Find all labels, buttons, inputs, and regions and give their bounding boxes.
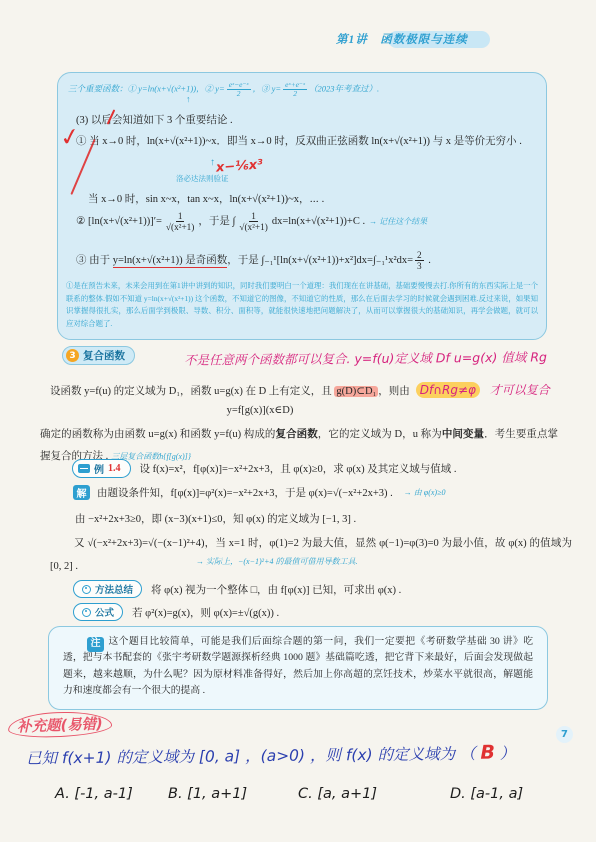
- solution-badge: 解: [73, 485, 90, 500]
- fraction: 23: [415, 250, 424, 271]
- method-icon: [82, 585, 91, 594]
- text-seg: ，则由: [378, 386, 410, 397]
- hw-supplement-title: 补充题(易错): [8, 710, 113, 739]
- solution-row: 解 由题设条件知，f[φ(x)]=φ²(x)=−x²+2x+3，于是 φ(x)=…: [73, 485, 445, 500]
- formula-seg: ，于是 ∫: [198, 216, 235, 227]
- text-seg: 确定的函数称为由函数 u=g(x) 和函数 y=f(u) 构成的: [40, 429, 276, 440]
- example-badge: 例 1.4: [72, 459, 131, 478]
- fraction: 1√(x²+1): [237, 211, 269, 232]
- important-results-box: 三个重要函数：① y=ln(x+√(x²+1))，② y=eˣ−e⁻ˣ2，③ y…: [57, 72, 547, 340]
- box-footnote: ①是在预告未来，未来会用到在第1讲中讲到的知识，同时我们要明白一个道理：我们现在…: [66, 280, 538, 330]
- formula-seg: ③ 由于: [76, 255, 113, 266]
- method-summary-row: 方法总结 将 φ(x) 视为一个整体 □，由 f[φ(x)] 已知，可求出 φ(…: [73, 580, 401, 598]
- formula-tip-text: 若 φ²(x)=g(x)，则 φ(x)=±√(g(x)) .: [132, 605, 279, 620]
- composition-definition-line: 设函数 y=f(u) 的定义域为 D₁，函数 u=g(x) 在 D 上有定义，且…: [50, 381, 562, 398]
- result-item-2: ② [ln(x+√(x²+1))]′=1√(x²+1)，于是 ∫1√(x²+1)…: [76, 211, 427, 232]
- hw-note-composition-condition: 不是任意两个函数都可以复合. y=f(u)定义域 Df u=g(x) 值域 Rg: [184, 347, 547, 368]
- formula-seg: ，于是 ∫₋₁¹[ln(x+√(x²+1))+x²]dx=∫₋₁¹x²dx=: [227, 255, 413, 266]
- hw-note-derivative-tool: → 实际上，−(x−1)²+4 的最值可借用导数工具.: [196, 556, 357, 567]
- pink-highlighted-text: g(D)⊂D₁: [334, 386, 378, 397]
- number-circle-icon: 3: [66, 349, 79, 362]
- example-statement: 设 f(x)=x²，f[φ(x)]=−x²+2x+3，且 φ(x)≥0，求 φ(…: [140, 461, 457, 476]
- up-arrow-icon: ↑: [210, 157, 215, 168]
- note-paragraph: 注这个题目比较简单，可能是我们后面综合题的第一问，我们一定要把《考研数学基础 3…: [63, 634, 533, 700]
- fraction-denominator: 3: [415, 261, 424, 271]
- hw-option-c: C. [a, a+1]: [298, 786, 377, 802]
- fraction-numerator: 1: [249, 211, 258, 222]
- bold-term-intermediate-variable: 中间变量: [442, 429, 484, 440]
- text-seg: ，它的定义域为 D，u 称为: [318, 429, 442, 440]
- formula-icon: [82, 608, 91, 617]
- fraction-numerator: 2: [415, 250, 424, 261]
- hw-answer-letter: B: [480, 742, 495, 764]
- hw-taylor-expansion: x−⅙x³: [216, 157, 264, 175]
- fraction: eˣ+e⁻ˣ2: [283, 81, 307, 98]
- text-seg: 设函数 y=f(u) 的定义域为 D₁，函数 u=g(x) 在 D 上有定义，且: [50, 386, 334, 397]
- page-number: 7: [556, 726, 573, 743]
- margin-note-three-functions: 三个重要函数：① y=ln(x+√(x²+1))，② y=eˣ−e⁻ˣ2，③ y…: [68, 81, 538, 98]
- note-seg: ，③ y=: [253, 84, 282, 94]
- centered-formula: y=f[g(x)](x∈D): [0, 404, 520, 416]
- result-item-1: ① 当 x→0 时，ln(x+√(x²+1))~x．即当 x→0 时，反双曲正弦…: [66, 131, 532, 154]
- note-badge: 注: [87, 637, 104, 652]
- example-row: 例 1.4 设 f(x)=x²，f[φ(x)]=−x²+2x+3，且 φ(x)≥…: [72, 459, 457, 478]
- formula-seg: ② [ln(x+√(x²+1))]′=: [76, 216, 162, 227]
- bold-term-composite-function: 复合函数: [276, 429, 318, 440]
- formula-seg: .: [426, 255, 431, 266]
- section-badge-composite-function: 3 复合函数: [62, 346, 135, 365]
- fraction-denominator: √(x²+1): [164, 222, 196, 232]
- up-arrow-icon: ↑: [186, 94, 191, 104]
- fraction-denominator: 2: [235, 90, 243, 98]
- question-seg: 已知 f(x+1) 的定义域为 [0, a] ，(a>0) ，则 f(x) 的定…: [26, 745, 481, 768]
- fraction: 1√(x²+1): [164, 211, 196, 232]
- formula-tip-badge: 公式: [73, 603, 123, 621]
- fraction-denominator: 2: [291, 90, 299, 98]
- method-summary-text: 将 φ(x) 视为一个整体 □，由 f[φ(x)] 已知，可求出 φ(x) .: [151, 582, 401, 597]
- hw-yellow-highlight-condition: Df∩Rg≠φ: [416, 382, 480, 398]
- hw-note-phi-nonnegative: → 由 φ(x)≥0: [404, 487, 446, 498]
- fraction-denominator: √(x²+1): [237, 222, 269, 232]
- solution-line-2: 由 −x²+2x+3≥0，即 (x−3)(x+1)≤0，知 φ(x) 的定义域为…: [75, 511, 356, 526]
- red-underlined-text: y=ln(x+√(x²+1)) 是奇函数: [113, 255, 227, 268]
- formula-seg: dx=ln(x+√(x²+1))+C .: [272, 216, 365, 227]
- hw-supplement-question: 已知 f(x+1) 的定义域为 [0, a] ，(a>0) ，则 f(x) 的定…: [26, 741, 516, 768]
- formula-tip-label: 公式: [95, 605, 114, 619]
- fraction-numerator: 1: [176, 211, 185, 222]
- hw-note-remember: → 记住这个结果: [369, 217, 427, 226]
- hw-option-a: A. [-1, a-1]: [55, 786, 133, 802]
- note-text: 这个题目比较简单，可能是我们后面综合题的第一问，我们一定要把《考研数学基础 30…: [63, 636, 533, 696]
- book-icon: [78, 464, 90, 473]
- formula-tip-row: 公式 若 φ²(x)=g(x)，则 φ(x)=±√(g(x)) .: [73, 603, 279, 621]
- textbook-page: 第1讲 函数极限与连续 三个重要函数：① y=ln(x+√(x²+1))，② y…: [0, 0, 596, 842]
- note-seg: 三个重要函数：① y=ln(x+√(x²+1))，② y=: [68, 84, 225, 94]
- equivalence-line: 当 x→0 时，sin x~x，tan x~x，ln(x+√(x²+1))~x，…: [88, 191, 324, 206]
- method-summary-label: 方法总结: [95, 582, 133, 596]
- example-label: 例: [94, 461, 104, 476]
- note-box: 注这个题目比较简单，可能是我们后面综合题的第一问，我们一定要把《考研数学基础 3…: [48, 626, 548, 710]
- method-summary-badge: 方法总结: [73, 580, 142, 598]
- example-number: 1.4: [108, 463, 121, 474]
- hw-option-b: B. [1, a+1]: [168, 786, 247, 802]
- section-label: 复合函数: [83, 348, 125, 363]
- note-seg: （2023年考查过）.: [309, 84, 379, 94]
- chapter-header: 第1讲 函数极限与连续: [336, 31, 468, 47]
- fraction: eˣ−e⁻ˣ2: [227, 81, 251, 98]
- question-seg: ）: [495, 744, 516, 762]
- result-item-3: ③ 由于 y=ln(x+√(x²+1)) 是奇函数，于是 ∫₋₁¹[ln(x+√…: [76, 250, 431, 271]
- solution-line-1: 由题设条件知，f[φ(x)]=φ²(x)=−x²+2x+3，于是 φ(x)=√(…: [97, 485, 393, 500]
- hw-note-then-composable: 才可以复合: [486, 383, 550, 397]
- hw-option-d: D. [a-1, a]: [450, 786, 523, 802]
- line-three-results: (3) 以后会知道如下 3 个重要结论 .: [76, 112, 233, 127]
